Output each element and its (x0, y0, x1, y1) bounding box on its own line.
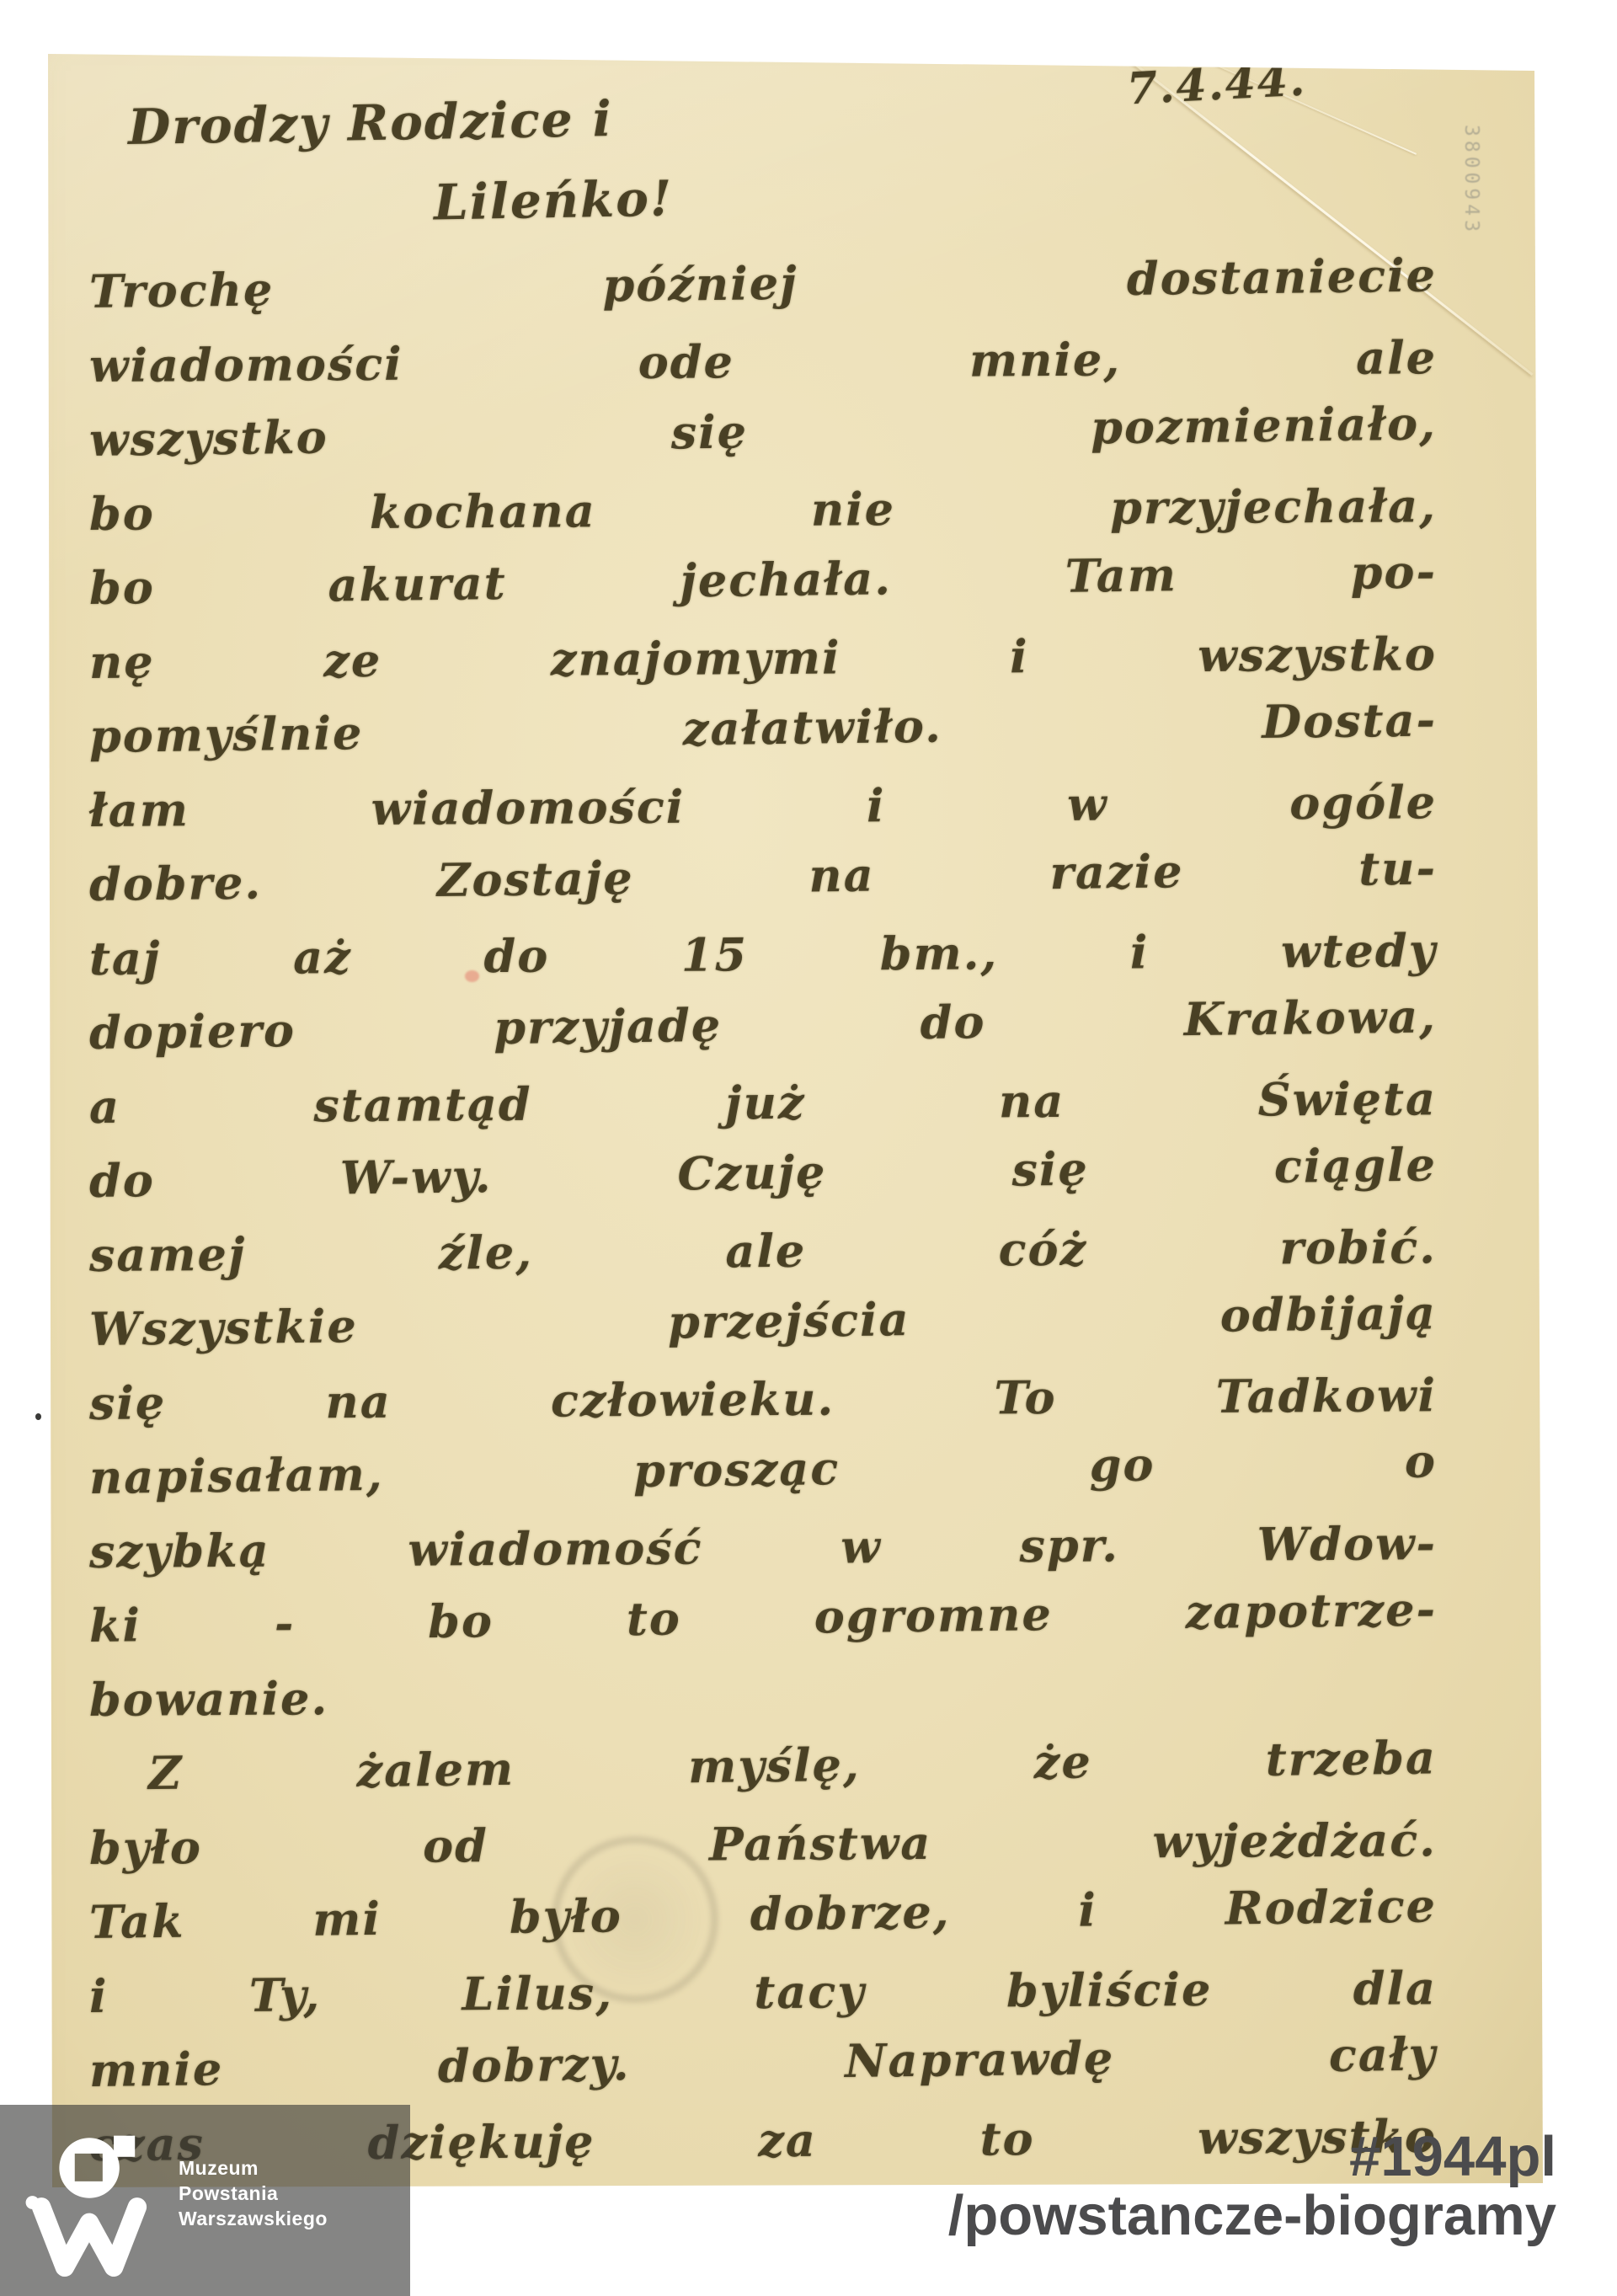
scanned-letter-screenshot: 3800943 7.4.44. Drodzy Rodzice i Lileńko… (0, 0, 1617, 2296)
path-watermark: /powstancze-biogramy (948, 2183, 1556, 2248)
handwriting-line: Trochę później dostaniecie (88, 238, 1437, 328)
accession-stamp: 3800943 (1460, 125, 1482, 276)
museum-overlay: Muzeum Powstania Warszawskiego (0, 2105, 410, 2296)
handwriting-line: dobre. Zostaję na razie tu- (88, 830, 1437, 921)
letter-date: 7.4.44. (1126, 54, 1308, 115)
handwriting-line: pomyślnie załatwiło. Dosta- (88, 682, 1437, 773)
letter-paper: 3800943 7.4.44. Drodzy Rodzice i Lileńko… (0, 0, 1617, 2296)
greeting-line-2: Lileńko! (433, 170, 673, 232)
handwriting-line: Z żalem myślę, że trzeba (88, 1720, 1437, 1811)
handwriting-line: mnie dobrzy. Naprawdę cały (88, 2016, 1437, 2107)
handwriting-line: bo akurat jechała. Tam po- (88, 534, 1437, 625)
handwriting-line: Wszystkie przejścia odbijają (88, 1275, 1437, 1366)
museum-logo-text: Muzeum Powstania Warszawskiego (179, 2155, 328, 2231)
handwriting-line: Tak mi było dobrze, i Rodzice (88, 1868, 1437, 1959)
greeting-line-1: Drodzy Rodzice i (127, 90, 613, 156)
handwriting-line: napisałam, prosząc go o (88, 1423, 1437, 1514)
logo-line-1: Muzeum (179, 2155, 328, 2181)
handwriting-line: wszystko się pozmieniało, (88, 386, 1437, 477)
handwriting-line: do W-wy. Czuję się ciągle (88, 1127, 1437, 1218)
logo-line-2: Powstania (179, 2181, 328, 2206)
logo-line-3: Warszawskiego (179, 2206, 328, 2231)
kotwica-icon (20, 2133, 152, 2278)
handwriting-body: Trochę później dostanieciewiadomości ode… (89, 254, 1437, 2181)
hashtag-watermark: #1944pl (1349, 2124, 1556, 2189)
handwriting-line: ki - bo to ogromne zapotrze- (88, 1572, 1437, 1663)
scan-speck (35, 1413, 41, 1420)
handwriting-line: dopiero przyjadę do Krakowa, (88, 979, 1437, 1070)
museum-logo: Muzeum Powstania Warszawskiego (0, 2105, 410, 2296)
